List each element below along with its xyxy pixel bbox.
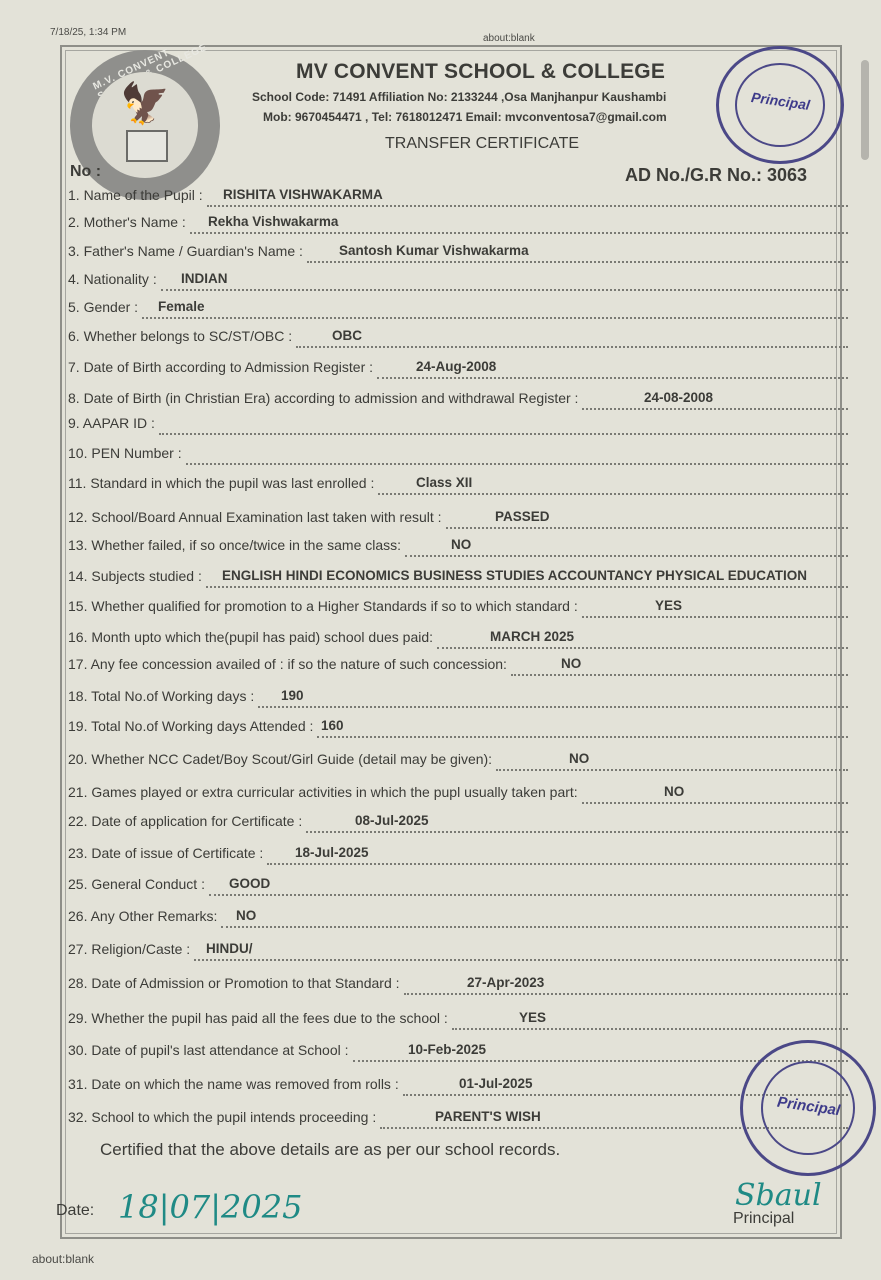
field-dotted-line xyxy=(207,205,848,207)
field-row: 2. Mother's Name :Rekha Vishwakarma xyxy=(68,214,186,236)
print-date: 7/18/25, 1:34 PM xyxy=(50,27,126,38)
field-label: 13. Whether failed, if so once/twice in … xyxy=(68,537,401,553)
field-dotted-line xyxy=(582,802,848,804)
field-dotted-line xyxy=(258,706,848,708)
footer-url: about:blank xyxy=(32,1252,94,1266)
principal-signature: Sbaul xyxy=(735,1178,822,1213)
field-row: 32. School to which the pupil intends pr… xyxy=(68,1109,376,1131)
field-dotted-line xyxy=(378,493,848,495)
field-row: 30. Date of pupil's last attendance at S… xyxy=(68,1042,349,1064)
field-value: GOOD xyxy=(229,876,270,891)
field-dotted-line xyxy=(511,674,848,676)
field-row: 7. Date of Birth according to Admission … xyxy=(68,359,373,381)
field-label: 23. Date of issue of Certificate : xyxy=(68,845,263,861)
field-label: 3. Father's Name / Guardian's Name : xyxy=(68,243,303,259)
field-label: 17. Any fee concession availed of : if s… xyxy=(68,656,507,672)
field-row: 28. Date of Admission or Promotion to th… xyxy=(68,975,400,997)
field-row: 10. PEN Number : xyxy=(68,445,182,467)
field-label: 19. Total No.of Working days Attended : xyxy=(68,718,313,734)
field-dotted-line xyxy=(317,736,848,738)
field-row: 27. Religion/Caste :HINDU/ xyxy=(68,941,190,963)
field-label: 5. Gender : xyxy=(68,299,138,315)
field-value: NO xyxy=(569,751,589,766)
field-value: INDIAN xyxy=(181,271,228,286)
field-dotted-line xyxy=(377,377,848,379)
field-value: 27-Apr-2023 xyxy=(467,975,544,990)
field-row: 19. Total No.of Working days Attended :1… xyxy=(68,718,313,740)
field-row: 11. Standard in which the pupil was last… xyxy=(68,475,374,497)
field-value: 01-Jul-2025 xyxy=(459,1076,533,1091)
field-label: 11. Standard in which the pupil was last… xyxy=(68,475,374,491)
field-value: NO xyxy=(236,908,256,923)
field-value: Santosh Kumar Vishwakarma xyxy=(339,243,529,258)
field-label: 14. Subjects studied : xyxy=(68,568,202,584)
field-dotted-line xyxy=(306,831,848,833)
field-value: RISHITA VISHWAKARMA xyxy=(223,187,383,202)
field-row: 9. AAPAR ID : xyxy=(68,415,155,437)
eagle-icon: 🦅 xyxy=(120,80,170,127)
field-label: 20. Whether NCC Cadet/Boy Scout/Girl Gui… xyxy=(68,751,492,767)
field-value: NO xyxy=(451,537,471,552)
field-dotted-line xyxy=(296,346,848,348)
field-label: 4. Nationality : xyxy=(68,271,157,287)
field-row: 5. Gender :Female xyxy=(68,299,138,321)
field-row: 13. Whether failed, if so once/twice in … xyxy=(68,537,401,559)
field-row: 16. Month upto which the(pupil has paid)… xyxy=(68,629,433,651)
field-dotted-line xyxy=(582,616,848,618)
field-label: 26. Any Other Remarks: xyxy=(68,908,217,924)
field-value: YES xyxy=(655,598,682,613)
field-row: 3. Father's Name / Guardian's Name :Sant… xyxy=(68,243,303,265)
field-dotted-line xyxy=(404,993,848,995)
field-value: Female xyxy=(158,299,205,314)
field-row: 1. Name of the Pupil :RISHITA VISHWAKARM… xyxy=(68,187,203,209)
field-value: YES xyxy=(519,1010,546,1025)
field-label: 18. Total No.of Working days : xyxy=(68,688,254,704)
field-label: 6. Whether belongs to SC/ST/OBC : xyxy=(68,328,292,344)
field-row: 4. Nationality :INDIAN xyxy=(68,271,157,293)
field-value: 18-Jul-2025 xyxy=(295,845,369,860)
field-dotted-line xyxy=(267,863,848,865)
field-label: 21. Games played or extra curricular act… xyxy=(68,784,578,800)
field-label: 27. Religion/Caste : xyxy=(68,941,190,957)
field-dotted-line xyxy=(496,769,848,771)
field-value: Rekha Vishwakarma xyxy=(208,214,338,229)
field-value: MARCH 2025 xyxy=(490,629,574,644)
field-value: 08-Jul-2025 xyxy=(355,813,429,828)
principal-stamp-bottom: Principal xyxy=(740,1040,876,1176)
field-label: 30. Date of pupil's last attendance at S… xyxy=(68,1042,349,1058)
field-value: 160 xyxy=(321,718,344,733)
field-row: 8. Date of Birth (in Christian Era) acco… xyxy=(68,390,578,412)
certificate-title: TRANSFER CERTIFICATE xyxy=(385,135,579,153)
field-label: 12. School/Board Annual Examination last… xyxy=(68,509,442,525)
school-info-line-1: School Code: 71491 Affiliation No: 21332… xyxy=(252,90,666,104)
field-dotted-line xyxy=(159,433,848,435)
field-value: HINDU/ xyxy=(206,941,253,956)
field-dotted-line xyxy=(437,647,848,649)
field-row: 15. Whether qualified for promotion to a… xyxy=(68,598,578,620)
no-label: No : xyxy=(70,163,101,181)
book-icon xyxy=(126,130,168,162)
field-row: 29. Whether the pupil has paid all the f… xyxy=(68,1010,448,1032)
field-row: 21. Games played or extra curricular act… xyxy=(68,784,578,806)
field-label: 9. AAPAR ID : xyxy=(68,415,155,431)
field-row: 25. General Conduct :GOOD xyxy=(68,876,205,898)
field-dotted-line xyxy=(582,408,848,410)
field-value: NO xyxy=(561,656,581,671)
field-row: 14. Subjects studied :ENGLISH HINDI ECON… xyxy=(68,568,202,590)
field-value: NO xyxy=(664,784,684,799)
field-label: 32. School to which the pupil intends pr… xyxy=(68,1109,376,1125)
field-row: 12. School/Board Annual Examination last… xyxy=(68,509,442,531)
field-value: 190 xyxy=(281,688,304,703)
field-dotted-line xyxy=(206,586,848,588)
handwritten-date: 18|07|2025 xyxy=(118,1188,302,1226)
field-dotted-line xyxy=(186,463,848,465)
field-dotted-line xyxy=(142,317,848,319)
field-label: 1. Name of the Pupil : xyxy=(68,187,203,203)
field-dotted-line xyxy=(446,527,848,529)
field-value: 10-Feb-2025 xyxy=(408,1042,486,1057)
principal-label: Principal xyxy=(733,1210,794,1228)
field-row: 31. Date on which the name was removed f… xyxy=(68,1076,399,1098)
field-value: PASSED xyxy=(495,509,550,524)
field-value: OBC xyxy=(332,328,362,343)
school-info-line-2: Mob: 9670454471 , Tel: 7618012471 Email:… xyxy=(263,110,667,124)
field-value: Class XII xyxy=(416,475,472,490)
field-dotted-line xyxy=(307,261,848,263)
field-dotted-line xyxy=(405,555,848,557)
field-value: 24-08-2008 xyxy=(644,390,713,405)
field-dotted-line xyxy=(161,289,848,291)
field-value: ENGLISH HINDI ECONOMICS BUSINESS STUDIES… xyxy=(222,568,807,583)
field-label: 29. Whether the pupil has paid all the f… xyxy=(68,1010,448,1026)
field-value: PARENT'S WISH xyxy=(435,1109,541,1124)
field-row: 17. Any fee concession availed of : if s… xyxy=(68,656,507,678)
field-label: 25. General Conduct : xyxy=(68,876,205,892)
field-row: 18. Total No.of Working days :190 xyxy=(68,688,254,710)
school-name: MV CONVENT SCHOOL & COLLEGE xyxy=(296,60,665,84)
field-label: 2. Mother's Name : xyxy=(68,214,186,230)
field-label: 22. Date of application for Certificate … xyxy=(68,813,302,829)
field-dotted-line xyxy=(452,1028,848,1030)
field-dotted-line xyxy=(190,232,848,234)
certified-statement: Certified that the above details are as … xyxy=(100,1140,560,1160)
date-label: Date: xyxy=(56,1202,94,1220)
principal-stamp-top: Principal xyxy=(716,46,844,164)
field-value: 24-Aug-2008 xyxy=(416,359,496,374)
scrollbar[interactable] xyxy=(861,60,869,160)
field-label: 7. Date of Birth according to Admission … xyxy=(68,359,373,375)
field-label: 31. Date on which the name was removed f… xyxy=(68,1076,399,1092)
admission-number: AD No./G.R No.: 3063 xyxy=(625,165,807,186)
field-row: 6. Whether belongs to SC/ST/OBC :OBC xyxy=(68,328,292,350)
field-label: 10. PEN Number : xyxy=(68,445,182,461)
field-row: 22. Date of application for Certificate … xyxy=(68,813,302,835)
field-dotted-line xyxy=(221,926,848,928)
field-row: 26. Any Other Remarks:NO xyxy=(68,908,217,930)
field-label: 8. Date of Birth (in Christian Era) acco… xyxy=(68,390,578,406)
print-page-title: about:blank xyxy=(483,33,535,44)
field-row: 23. Date of issue of Certificate :18-Jul… xyxy=(68,845,263,867)
field-dotted-line xyxy=(209,894,848,896)
field-dotted-line xyxy=(194,959,848,961)
field-label: 15. Whether qualified for promotion to a… xyxy=(68,598,578,614)
field-label: 16. Month upto which the(pupil has paid)… xyxy=(68,629,433,645)
field-label: 28. Date of Admission or Promotion to th… xyxy=(68,975,400,991)
field-row: 20. Whether NCC Cadet/Boy Scout/Girl Gui… xyxy=(68,751,492,773)
